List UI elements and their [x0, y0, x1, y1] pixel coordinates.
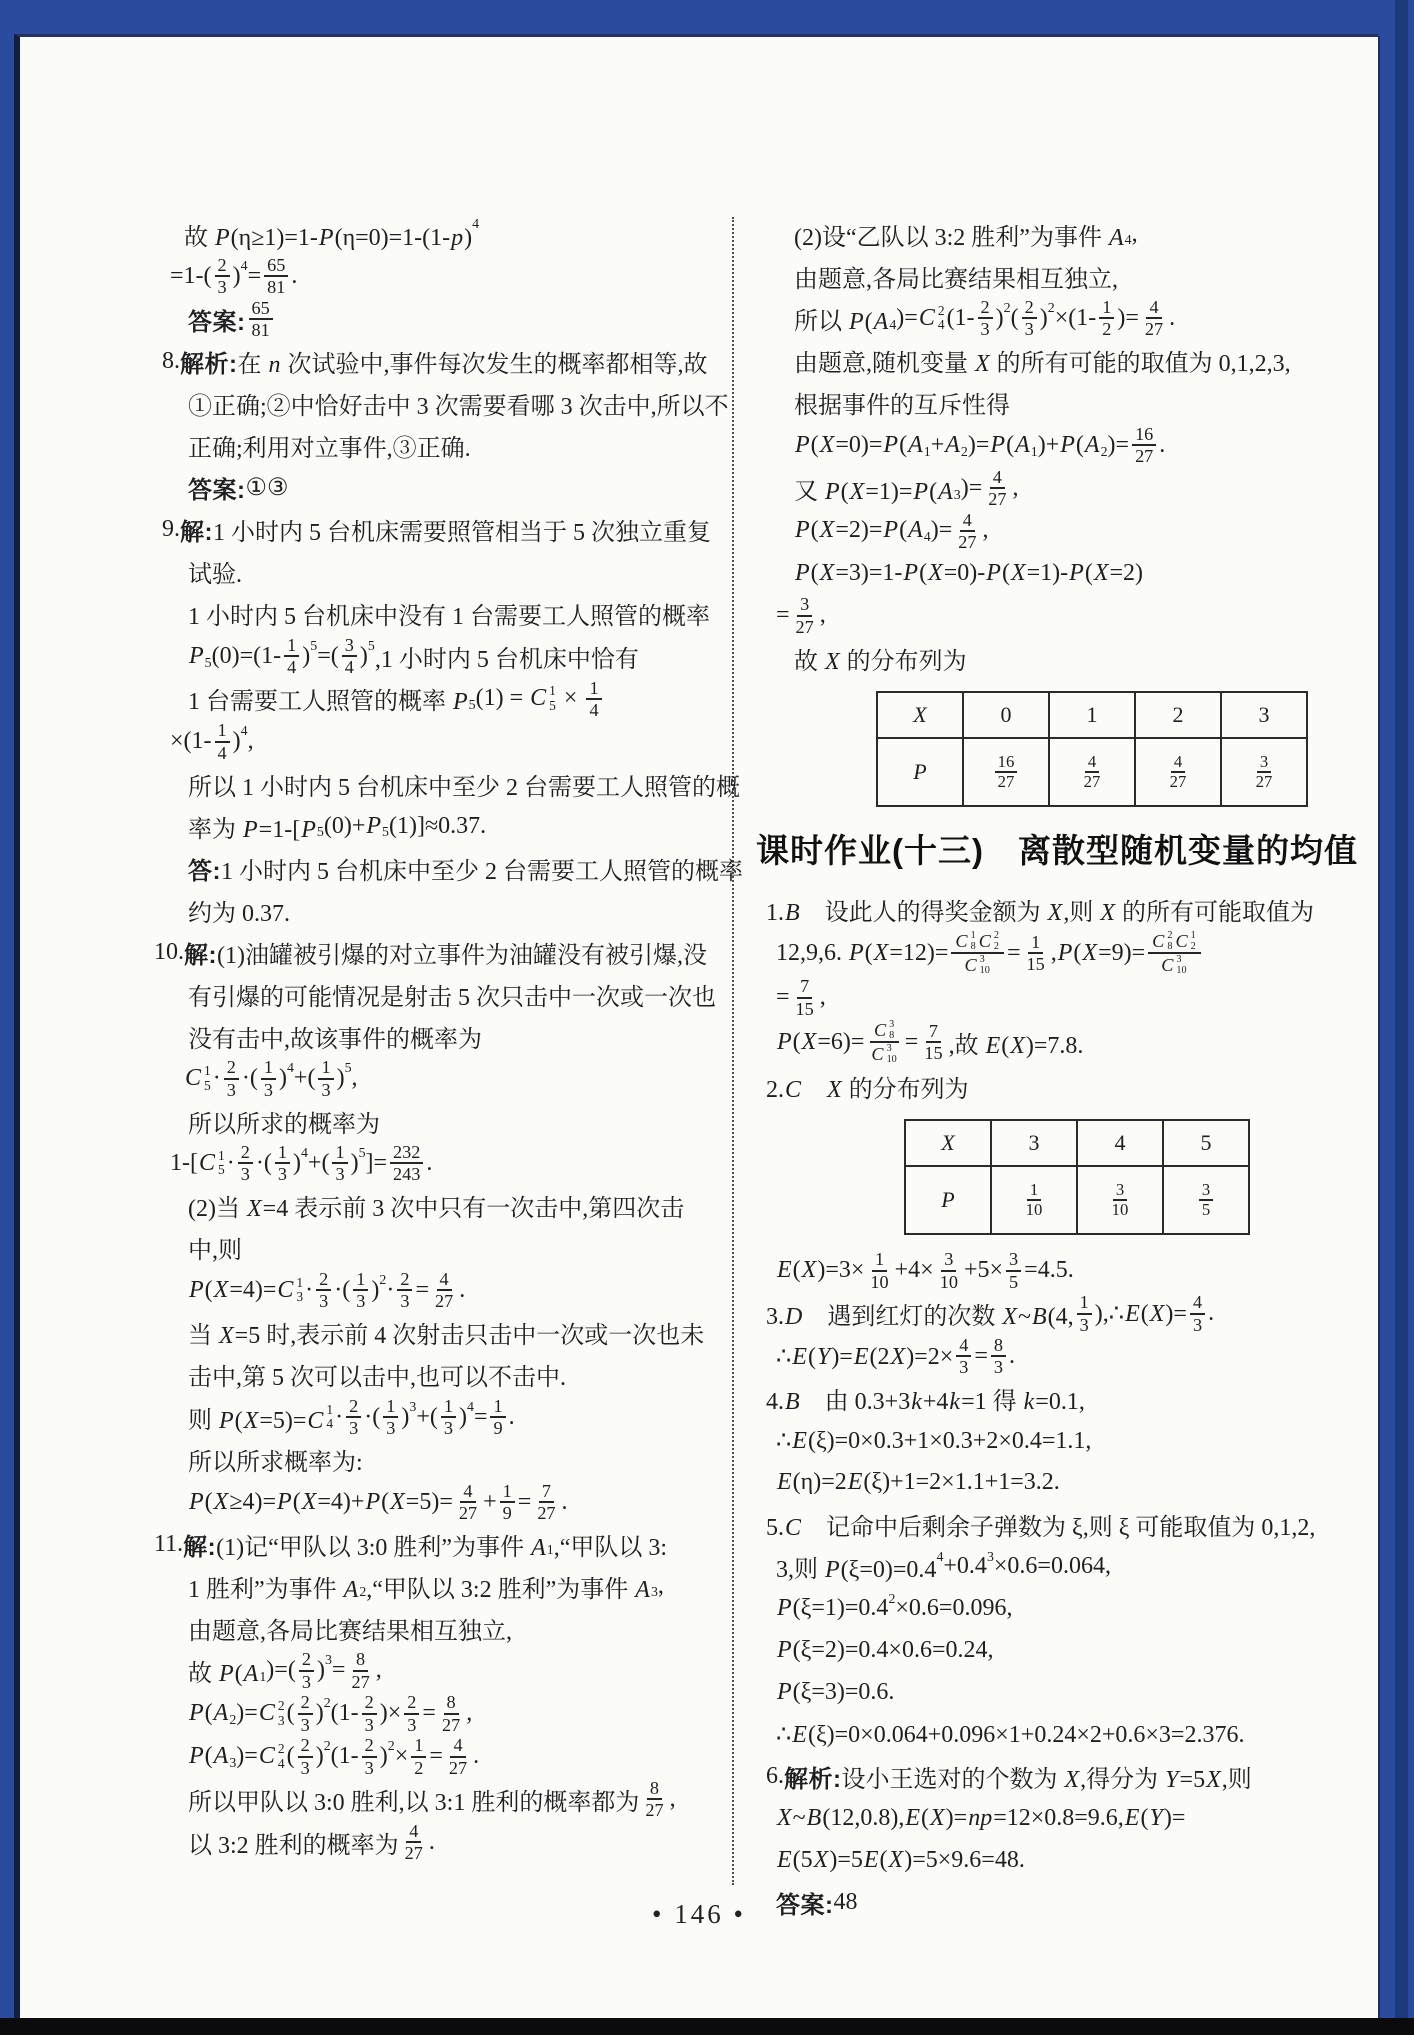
text-line: =1-(23)4=6581.	[154, 255, 750, 298]
text-line: 有引爆的可能情况是射击 5 次只击中一次或一次也	[154, 973, 750, 1015]
fraction: 427	[456, 1481, 480, 1524]
table-cell: 427	[1135, 738, 1221, 806]
page-number: • 146 •	[20, 1899, 1378, 1930]
table-cell: P	[905, 1166, 991, 1234]
combination-indices: 22	[994, 930, 999, 952]
fraction: 34	[342, 635, 357, 678]
fraction: 35	[1199, 1181, 1213, 1220]
text-line: 答:1 小时内 5 台机床中至少 2 台需要工人照管的概率	[154, 847, 750, 889]
fraction: 14	[586, 678, 601, 721]
book-page: 故 P(η≥1)=1-P(η=0)=1-(1-p)4=1-(23)4=6581.…	[14, 34, 1378, 2025]
table-cell: 0	[963, 692, 1049, 738]
fraction: 6581	[264, 255, 288, 298]
fraction: C18C22C310	[951, 930, 1004, 976]
text-line: P(A3)=C24(23)2(1-23)2×12=427.	[154, 1735, 750, 1778]
text-line: 根据事件的互斥性得	[764, 382, 1368, 424]
fraction: 13	[261, 1057, 276, 1100]
text-line: 1.B 设此人的得奖金额为 X,则 X 的所有可能取值为	[764, 888, 1368, 930]
fraction: 23	[215, 255, 230, 298]
combination-indices: 310	[1176, 954, 1186, 976]
table-cell: 3	[991, 1120, 1077, 1166]
fraction: 13	[1077, 1292, 1092, 1335]
text-line: 中,则	[154, 1227, 750, 1269]
text-line: 9.解:1 小时内 5 台机床需要照管相当于 5 次独立重复	[154, 509, 750, 551]
text-line: 又 P(X=1)=P(A3)=427,	[764, 467, 1368, 510]
fraction: 327	[793, 594, 817, 637]
text-line: 故 P(A1)=(23)3=827,	[154, 1649, 750, 1692]
fraction: 35	[1006, 1249, 1021, 1292]
fraction: 23	[362, 1692, 377, 1735]
combination-indices: 310	[980, 954, 990, 976]
text-line: 故 X 的分布列为	[764, 637, 1368, 679]
text-line: 11.解:(1)记“甲队以 3:0 胜利”为事件 A1,“甲队以 3:	[154, 1523, 750, 1565]
fraction: C28C12C310	[1148, 930, 1201, 976]
fraction: 23	[362, 1735, 377, 1778]
table-row: X0123	[877, 692, 1307, 738]
scanned-workbook-screenshot: { "colors":{ "bg_blue":"#2a4b9e", "page"…	[0, 0, 1414, 2035]
combination-indices: 24	[278, 1742, 285, 1771]
fraction: 13	[383, 1396, 398, 1439]
fraction: 13	[441, 1396, 456, 1439]
fraction: 427	[402, 1821, 426, 1864]
fraction: 110	[1023, 1181, 1046, 1220]
table-row: X345	[905, 1120, 1249, 1166]
fraction: 23	[397, 1269, 412, 1312]
text-line: 以 3:2 胜利的概率为427.	[154, 1821, 750, 1864]
fraction: 23	[238, 1142, 253, 1185]
table-cell: P	[877, 738, 963, 806]
fraction: 14	[284, 635, 299, 678]
combination-indices: 28	[1167, 930, 1172, 952]
table-cell: X	[877, 692, 963, 738]
text-line: P(X=4)=C13·23·(13)2·23=427.	[154, 1269, 750, 1312]
combination-indices: 38	[889, 1019, 894, 1041]
table-cell: 427	[1049, 738, 1135, 806]
text-line: 12,9,6. P(X=12)=C18C22C310=115,P(X=9)=C2…	[764, 930, 1368, 976]
combination-indices: 18	[971, 930, 976, 952]
table-cell: 3	[1221, 692, 1307, 738]
fraction: 310	[937, 1249, 961, 1292]
text-line: P(X=3)=1-P(X=0)-P(X=1)-P(X=2)	[764, 552, 1368, 594]
fraction: 310	[1109, 1181, 1132, 1220]
text-line: P(X=6)=C38C310=715,故 E(X)=7.8.	[764, 1019, 1368, 1065]
text-line: 试验.	[154, 551, 750, 593]
fraction: 1627	[1132, 424, 1156, 467]
fraction: 12	[1099, 297, 1114, 340]
fraction: 13	[318, 1057, 333, 1100]
text-line: 当 X=5 时,表示前 4 次射击只击中一次或一次也未	[154, 1312, 750, 1354]
text-line: 率为 P=1-[P5(0)+P5(1)]≈0.37.	[154, 805, 750, 847]
fraction: 13	[332, 1142, 347, 1185]
fraction: 13	[275, 1142, 290, 1185]
text-line: E(5X)=5E(X)=5×9.6=48.	[764, 1840, 1368, 1882]
fraction: 427	[985, 467, 1009, 510]
fraction: 427	[1142, 297, 1166, 340]
text-line: 没有击中,故该事件的概率为	[154, 1015, 750, 1057]
text-line: 5.C 记命中后剩余子弹数为 ξ,则 ξ 可能取值为 0,1,2,	[764, 1504, 1368, 1546]
fraction: 19	[500, 1481, 515, 1524]
text-line: 2.C X 的分布列为	[764, 1065, 1368, 1107]
fraction: 110	[867, 1249, 891, 1292]
bottom-black-bar	[0, 2018, 1414, 2035]
fraction: 715	[921, 1021, 945, 1064]
text-line: 所以所求的概率为	[154, 1100, 750, 1142]
table-cell: 310	[1077, 1166, 1163, 1234]
text-line: 1-[C15·23·(13)4+(13)5]=232243.	[154, 1142, 750, 1185]
fraction: 43	[1190, 1292, 1205, 1335]
fraction: 23	[1022, 297, 1037, 340]
fraction: 827	[642, 1778, 666, 1821]
table-cell: 1	[1049, 692, 1135, 738]
table-cell: 1627	[963, 738, 1049, 806]
fraction: 427	[1081, 753, 1104, 792]
fraction: 715	[793, 976, 817, 1019]
combination-indices: 15	[204, 1064, 211, 1093]
text-line: P5(0)=(1-14)5=(34)5,1 小时内 5 台机床中恰有	[154, 635, 750, 678]
text-line: =327,	[764, 594, 1368, 637]
text-line: ∴E(Y)=E(2X)=2×43=83.	[764, 1335, 1368, 1378]
text-line: ×(1-14)4,	[154, 720, 750, 763]
text-line: 1 小时内 5 台机床中没有 1 台需要工人照管的概率	[154, 593, 750, 635]
combination-indices: 12	[1191, 930, 1196, 952]
text-line: 由题意,各局比赛结果相互独立,	[764, 255, 1368, 297]
fraction: 427	[1167, 753, 1190, 792]
text-line: 3,则 P(ξ=0)=0.44+0.43×0.6=0.064,	[764, 1546, 1368, 1588]
text-line: (2)设“乙队以 3:2 胜利”为事件 A4,	[764, 213, 1368, 255]
fraction: 327	[1253, 753, 1276, 792]
right-column: (2)设“乙队以 3:2 胜利”为事件 A4,由题意,各局比赛结果相互独立,所以…	[764, 213, 1368, 1924]
fraction: 827	[439, 1692, 463, 1735]
combination-indices: 15	[218, 1149, 225, 1178]
text-line: 3.D 遇到红灯的次数 X~B(4,13),∴E(X)=43.	[764, 1292, 1368, 1335]
fraction: 427	[432, 1269, 456, 1312]
fraction: 23	[316, 1269, 331, 1312]
combination-indices: 15	[549, 684, 556, 713]
fraction: 427	[955, 510, 979, 553]
text-line: ∴E(ξ)=0×0.064+0.096×1+0.24×2+0.6×3=2.376…	[764, 1714, 1368, 1756]
table-row: P1627427427327	[877, 738, 1307, 806]
fraction: 23	[298, 1692, 313, 1735]
text-line: C15·23·(13)4+(13)5,	[154, 1057, 750, 1100]
text-line: 答案:①③	[154, 467, 750, 509]
combination-indices: 13	[296, 1276, 303, 1305]
text-line: 正确;利用对立事件,③正确.	[154, 425, 750, 467]
text-line: 由题意,随机变量 X 的所有可能的取值为 0,1,2,3,	[764, 340, 1368, 382]
fraction: 827	[348, 1649, 372, 1692]
x-distribution-table-2: X345P11031035	[904, 1119, 1250, 1235]
text-line: (2)当 X=4 表示前 3 次中只有一次击中,第四次击	[154, 1185, 750, 1227]
table-cell: 5	[1163, 1120, 1249, 1166]
text-line: P(X=2)=P(A4)=427,	[764, 510, 1368, 553]
text-line: 答案:6581	[154, 298, 750, 341]
text-line: P(ξ=1)=0.42×0.6=0.096,	[764, 1588, 1368, 1630]
text-line: 所以 P(A4)=C24(1-23)2(23)2×(1-12)=427.	[764, 297, 1368, 340]
text-line: 所以 1 小时内 5 台机床中至少 2 台需要工人照管的概	[154, 763, 750, 805]
text-line: 击中,第 5 次可以击中,也可以不击中.	[154, 1354, 750, 1396]
fraction: 23	[346, 1396, 361, 1439]
text-line: 由题意,各局比赛结果相互独立,	[154, 1607, 750, 1649]
text-line: P(X=0)=P(A1+A2)=P(A1)+P(A2)=1627.	[764, 424, 1368, 467]
fraction: 23	[224, 1057, 239, 1100]
text-line: 1 台需要工人照管的概率 P5(1) = C15 × 14	[154, 678, 750, 721]
fraction: 83	[991, 1335, 1006, 1378]
fraction: 12	[411, 1735, 426, 1778]
fraction: 14	[215, 720, 230, 763]
fraction: 43	[956, 1335, 971, 1378]
text-line: P(A2)=C23(23)2(1-23)×23=827,	[154, 1692, 750, 1735]
fraction: 13	[353, 1269, 368, 1312]
text-line: X~B(12,0.8),E(X)=np=12×0.8=9.6,E(Y)=	[764, 1798, 1368, 1840]
text-line: 故 P(η≥1)=1-P(η=0)=1-(1-p)4	[154, 213, 750, 255]
text-line: 10.解:(1)油罐被引爆的对立事件为油罐没有被引爆,没	[154, 931, 750, 973]
fraction: 427	[446, 1735, 470, 1778]
text-line: =715,	[764, 976, 1368, 1019]
fraction: 23	[404, 1692, 419, 1735]
fraction: 6581	[249, 298, 273, 341]
table-cell: 110	[991, 1166, 1077, 1234]
fraction: 19	[490, 1396, 505, 1439]
text-line: 所以所求概率为:	[154, 1439, 750, 1481]
fraction: 115	[1024, 932, 1048, 975]
table-cell: 327	[1221, 738, 1307, 806]
table-cell: 35	[1163, 1166, 1249, 1234]
text-line: 1 胜利”为事件 A2,“甲队以 3:2 胜利”为事件 A3,	[154, 1565, 750, 1607]
text-line: ∴E(ξ)=0×0.3+1×0.3+2×0.4=1.1,	[764, 1420, 1368, 1462]
table-cell: 4	[1077, 1120, 1163, 1166]
text-line: ①正确;②中恰好击中 3 次需要看哪 3 次击中,所以不	[154, 383, 750, 425]
section-header: 课时作业(十三) 离散型随机变量的均值	[756, 825, 1368, 872]
combination-indices: 14	[326, 1403, 333, 1432]
text-line: P(ξ=2)=0.4×0.6=0.24,	[764, 1630, 1368, 1672]
left-column: 故 P(η≥1)=1-P(η=0)=1-(1-p)4=1-(23)4=6581.…	[154, 213, 750, 1864]
fraction: C38C310	[867, 1019, 901, 1065]
text-line: 则 P(X=5)=C14·23·(13)3+(13)4=19.	[154, 1396, 750, 1439]
fraction: 23	[978, 297, 993, 340]
fraction: 1627	[995, 753, 1018, 792]
table-cell: X	[905, 1120, 991, 1166]
text-line: 6.解析:设小王选对的个数为 X,得分为 Y=5X,则	[764, 1756, 1368, 1798]
text-line: E(η)=2E(ξ)+1=2×1.1+1=3.2.	[764, 1462, 1368, 1504]
text-line: 8.解析:在 n 次试验中,事件每次发生的概率都相等,故	[154, 341, 750, 383]
text-line: P(ξ=3)=0.6.	[764, 1672, 1368, 1714]
fraction: 232243	[390, 1142, 423, 1185]
combination-indices: 24	[938, 304, 945, 333]
text-line: E(X)=3×110+4×310+5×35=4.5.	[764, 1249, 1368, 1292]
combination-indices: 310	[887, 1043, 897, 1065]
fraction: 727	[534, 1481, 558, 1524]
table-cell: 2	[1135, 692, 1221, 738]
combination-indices: 23	[278, 1699, 285, 1728]
text-line: 4.B 由 0.3+3k+4k=1 得 k=0.1,	[764, 1378, 1368, 1420]
table-row: P11031035	[905, 1166, 1249, 1234]
x-distribution-table-1: X0123P1627427427327	[876, 691, 1308, 807]
text-line: 所以甲队以 3:0 胜利,以 3:1 胜利的概率都为827,	[154, 1778, 750, 1821]
fraction: 23	[298, 1735, 313, 1778]
text-line: 约为 0.37.	[154, 889, 750, 931]
text-line: P(X≥4)=P(X=4)+P(X=5)=427+19=727.	[154, 1481, 750, 1524]
fraction: 23	[299, 1649, 314, 1692]
book-edge-stripe	[1395, 0, 1408, 2035]
